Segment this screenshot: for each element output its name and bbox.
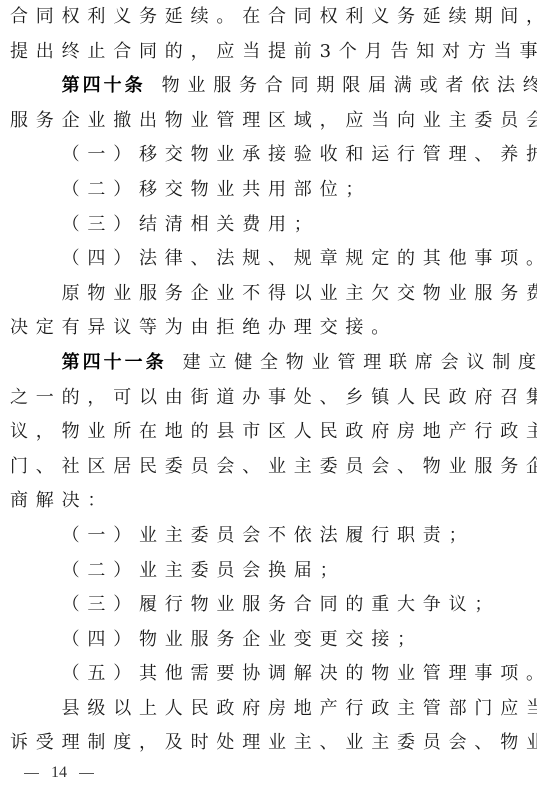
list-item: （二）移交物业共用部位； (10, 173, 530, 208)
document-page: 合同权利义务延续。在合同权利义务延续期间，合同当事人一方 提出终止合同的，应当提… (10, 0, 530, 761)
paragraph-start: 原物业服务企业不得以业主欠交物业服务费用、对业主共同 (10, 277, 530, 312)
text-line: 门、社区居民委员会、业主委员会、物业服务企业的代表共同协 (10, 450, 530, 485)
list-item: （四）法律、法规、规章规定的其他事项。 (10, 242, 530, 277)
paragraph-start: 县级以上人民政府房地产行政主管部门应当建立物业管理投 (10, 692, 530, 727)
article-41: 第四十一条建立健全物业管理联席会议制度。有下列事项 (10, 346, 530, 381)
text-line: 商解决： (10, 484, 530, 519)
list-item: （一）移交物业承接验收和运行管理、养护、维修资料； (10, 138, 530, 173)
article-title: 第四十一条 (62, 352, 167, 373)
text-line: 提出终止合同的，应当提前3个月告知对方当事人。 (10, 35, 530, 70)
article-title: 第四十条 (62, 75, 146, 96)
text-line: 之一的，可以由街道办事处、乡镇人民政府召集物业管理联席会 (10, 381, 530, 416)
text-line: 合同权利义务延续。在合同权利义务延续期间，合同当事人一方 (10, 0, 530, 35)
text-line: 决定有异议等为由拒绝办理交接。 (10, 311, 530, 346)
text-line: 诉受理制度，及时处理业主、业主委员会、物业使用人和物业服 (10, 726, 530, 761)
text-line: 议，物业所在地的县市区人民政府房地产行政主管部门和有关部 (10, 415, 530, 450)
list-item: （一）业主委员会不依法履行职责； (10, 519, 530, 554)
list-item: （五）其他需要协调解决的物业管理事项。 (10, 657, 530, 692)
page-footer: 14 (24, 764, 94, 782)
list-item: （二）业主委员会换届； (10, 554, 530, 589)
article-40: 第四十条物业服务合同期限届满或者依法终止的，原物业 (10, 69, 530, 104)
list-item: （三）履行物业服务合同的重大争议； (10, 588, 530, 623)
text-line: 服务企业撤出物业管理区域，应当向业主委员会交接下列事项： (10, 104, 530, 139)
list-item: （三）结清相关费用； (10, 208, 530, 243)
article-text: 建立健全物业管理联席会议制度。有下列事项 (183, 352, 537, 373)
dash-left (24, 773, 39, 774)
dash-right (79, 773, 94, 774)
list-item: （四）物业服务企业变更交接； (10, 623, 530, 658)
article-text: 物业服务合同期限届满或者依法终止的，原物业 (162, 75, 537, 96)
page-number: 14 (51, 764, 67, 782)
